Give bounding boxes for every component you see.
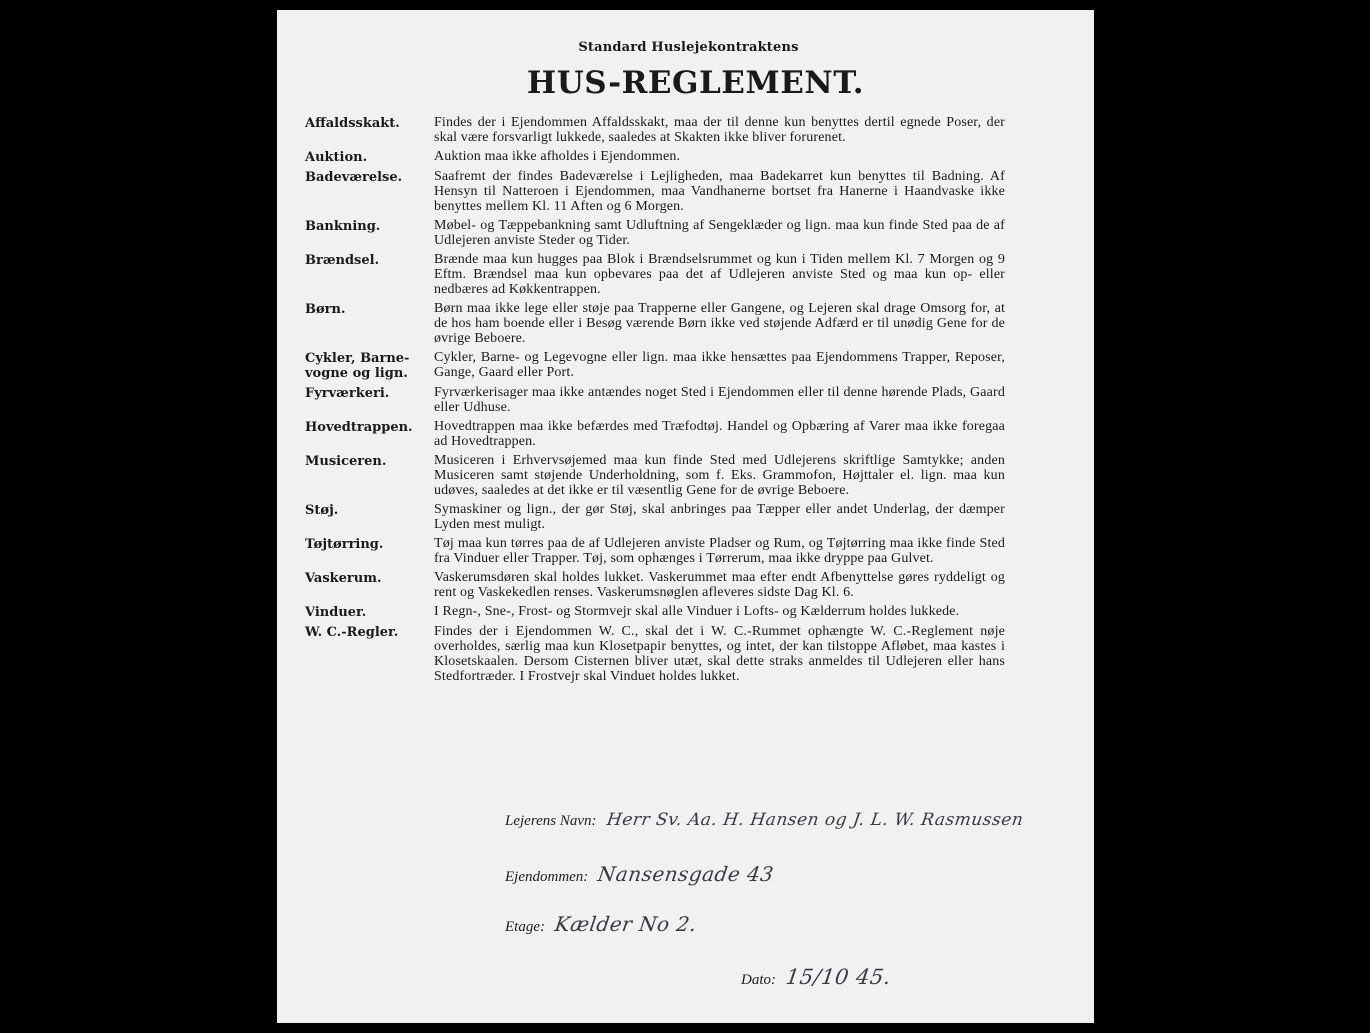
rule-item: Affaldsskakt. Findes der i Ejendommen Af… <box>305 115 1005 145</box>
date-label: Dato: <box>741 972 776 989</box>
rule-item: Badeværelse. Saafremt der findes Badevær… <box>305 169 1005 214</box>
rule-text: Fyrværkerisager maa ikke antændes noget … <box>434 385 1005 415</box>
rule-text: Findes der i Ejendommen Affaldsskakt, ma… <box>434 115 1005 145</box>
date-field: Dato: 15/10 45. <box>741 965 891 989</box>
rule-item: Støj. Symaskiner og lign., der gør Støj,… <box>305 502 1005 532</box>
rule-text: Møbel- og Tæppebankning samt Udluftning … <box>434 218 1005 248</box>
rule-text: Symaskiner og lign., der gør Støj, skal … <box>434 502 1005 532</box>
tenant-name-field: Lejerens Navn: Herr Sv. Aa. H. Hansen og… <box>505 810 1023 830</box>
rule-text: Musiceren i Erhvervsøjemed maa kun finde… <box>434 453 1005 498</box>
floor-value: Kælder No 2. <box>553 912 698 936</box>
date-value: 15/10 45. <box>784 965 892 989</box>
rule-text: Børn maa ikke lege eller støje paa Trapp… <box>434 301 1005 346</box>
tenant-name-label: Lejerens Navn: <box>505 813 597 830</box>
document-title: HUS-REGLEMENT. <box>277 65 1094 101</box>
rule-label: Affaldsskakt. <box>305 115 434 131</box>
rule-item: Cykler, Barne- vogne og lign. Cykler, Ba… <box>305 350 1005 381</box>
rule-item: Auktion. Auktion maa ikke afholdes i Eje… <box>305 149 1005 165</box>
property-value: Nansensgade 43 <box>597 862 776 886</box>
rule-text: Saafremt der findes Badeværelse i Lejlig… <box>434 169 1005 214</box>
rule-label: Fyrværkeri. <box>305 385 434 401</box>
floor-field: Etage: Kælder No 2. <box>505 912 697 936</box>
rule-item: Vinduer. I Regn-, Sne-, Frost- og Stormv… <box>305 604 1005 620</box>
rule-text: Tøj maa kun tørres paa de af Udlejeren a… <box>434 536 1005 566</box>
rule-item: W. C.-Regler. Findes der i Ejendommen W.… <box>305 624 1005 684</box>
document-page: Standard Huslejekontraktens HUS-REGLEMEN… <box>277 10 1094 1023</box>
rule-text: Vaskerumsdøren skal holdes lukket. Vaske… <box>434 570 1005 600</box>
rule-text: Hovedtrappen maa ikke befærdes med Træfo… <box>434 419 1005 449</box>
tenant-name-value: Herr Sv. Aa. H. Hansen og J. L. W. Rasmu… <box>605 810 1024 830</box>
rule-item: Brændsel. Brænde maa kun hugges paa Blok… <box>305 252 1005 297</box>
rule-label: Musiceren. <box>305 453 434 469</box>
rule-item: Bankning. Møbel- og Tæppebankning samt U… <box>305 218 1005 248</box>
rule-item: Tøjtørring. Tøj maa kun tørres paa de af… <box>305 536 1005 566</box>
rule-text: Cykler, Barne- og Legevogne eller lign. … <box>434 350 1005 380</box>
rule-text: Auktion maa ikke afholdes i Ejendommen. <box>434 149 1005 164</box>
rule-label: Auktion. <box>305 149 434 165</box>
rule-item: Musiceren. Musiceren i Erhvervsøjemed ma… <box>305 453 1005 498</box>
rule-item: Børn. Børn maa ikke lege eller støje paa… <box>305 301 1005 346</box>
rule-label: Vinduer. <box>305 604 434 620</box>
rule-label: Cykler, Barne- vogne og lign. <box>305 350 434 381</box>
rules-list: Affaldsskakt. Findes der i Ejendommen Af… <box>305 115 1005 688</box>
property-label: Ejendommen: <box>505 869 588 886</box>
rule-item: Hovedtrappen. Hovedtrappen maa ikke befæ… <box>305 419 1005 449</box>
property-field: Ejendommen: Nansensgade 43 <box>505 862 774 886</box>
rule-item: Vaskerum. Vaskerumsdøren skal holdes luk… <box>305 570 1005 600</box>
rule-label: Bankning. <box>305 218 434 234</box>
rule-text: Findes der i Ejendommen W. C., skal det … <box>434 624 1005 684</box>
rule-label: Hovedtrappen. <box>305 419 434 435</box>
rule-text: Brænde maa kun hugges paa Blok i Brændse… <box>434 252 1005 297</box>
rule-label: Vaskerum. <box>305 570 434 586</box>
rule-label: Støj. <box>305 502 434 518</box>
rule-item: Fyrværkeri. Fyrværkerisager maa ikke ant… <box>305 385 1005 415</box>
rule-text: I Regn-, Sne-, Frost- og Stormvejr skal … <box>434 604 1005 619</box>
rule-label: W. C.-Regler. <box>305 624 434 640</box>
rule-label: Tøjtørring. <box>305 536 434 552</box>
rule-label: Brændsel. <box>305 252 434 268</box>
floor-label: Etage: <box>505 919 545 936</box>
rule-label: Børn. <box>305 301 434 317</box>
document-subtitle: Standard Huslejekontraktens <box>277 40 1094 55</box>
rule-label: Badeværelse. <box>305 169 434 185</box>
